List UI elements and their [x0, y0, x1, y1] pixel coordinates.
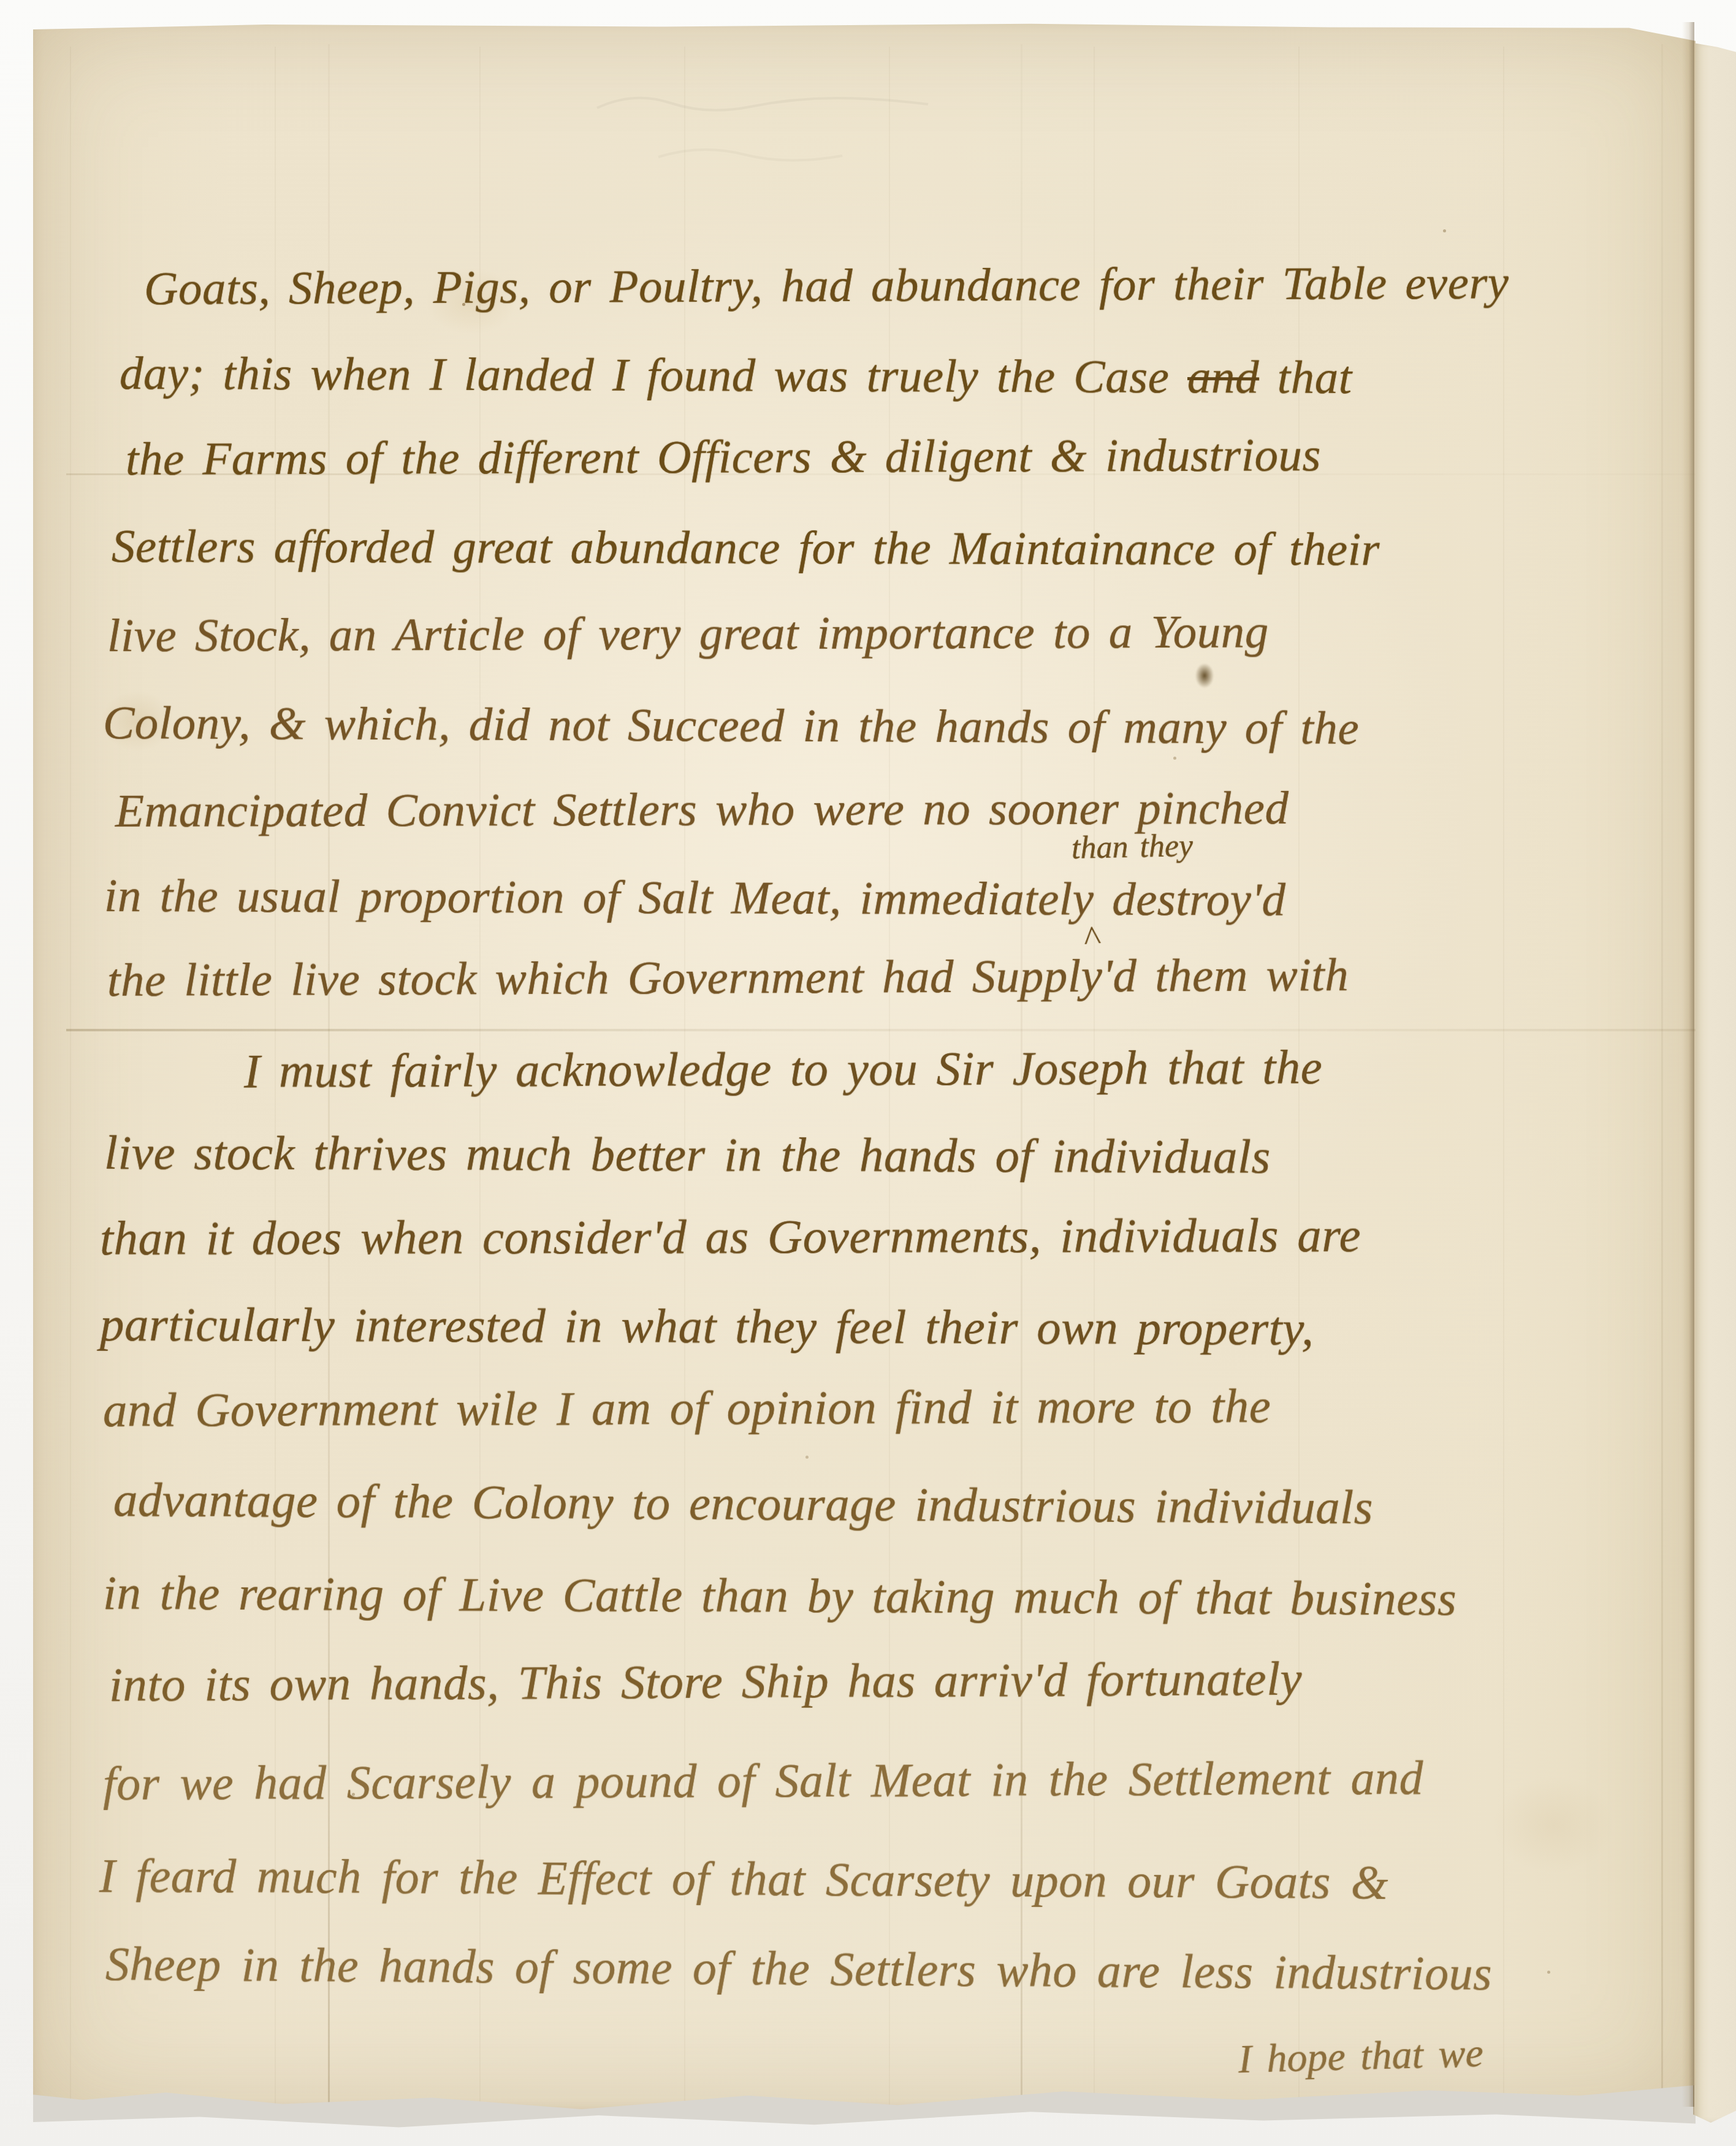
manuscript-line-paragraph-start: I must fairly acknowledge to you Sir Jos…: [244, 1042, 1323, 1099]
horizontal-fold-crease: [66, 1029, 1729, 1031]
scan-backdrop: Goats, Sheep, Pigs, or Poultry, had abun…: [0, 0, 1736, 2146]
manuscript-line: in the rearing of Live Cattle than by ta…: [103, 1567, 1457, 1627]
manuscript-line: Colony, & which, did not Succeed in the …: [103, 697, 1359, 754]
manuscript-line: into its own hands, This Store Ship has …: [109, 1653, 1303, 1713]
manuscript-line: Emancipated Convict Settlers who were no…: [115, 782, 1289, 837]
manuscript-line: Sheep in the hands of some of the Settle…: [105, 1938, 1493, 2000]
manuscript-line: I feard much for the Effect of that Scar…: [99, 1849, 1388, 1909]
insertion-caret: ^: [1083, 917, 1103, 960]
ink-blot-correction: [1195, 663, 1214, 688]
conjugate-leaf-edge: [1693, 43, 1736, 2123]
manuscript-line: live stock thrives much better in the ha…: [104, 1127, 1271, 1185]
faint-pencil-smudge: [585, 65, 1026, 206]
manuscript-line: live Stock, an Article of very great imp…: [107, 605, 1269, 661]
vertical-fold-crease: [1661, 44, 1663, 2129]
struck-out-word: and: [1187, 350, 1259, 403]
right-fold-shadow: [1682, 22, 1694, 2107]
manuscript-line: particularly interested in what they fee…: [100, 1299, 1314, 1356]
manuscript-line: day; this when I landed I found was true…: [120, 347, 1352, 403]
manuscript-line: advantage of the Colony to encourage ind…: [113, 1474, 1374, 1535]
manuscript-line: Goats, Sheep, Pigs, or Poultry, had abun…: [144, 256, 1509, 314]
manuscript-line: than it does when consider'd as Governme…: [100, 1210, 1361, 1266]
manuscript-line: the little live stock which Government h…: [107, 949, 1349, 1006]
manuscript-line: Settlers afforded great abundance for th…: [112, 520, 1380, 575]
manuscript-line: for we had Scarsely a pound of Salt Meat…: [103, 1752, 1423, 1810]
line-text-before-strike: day; this when I landed I found was true…: [120, 346, 1187, 403]
catchword: I hope that we: [1238, 2030, 1484, 2083]
manuscript-line: and Government wile I am of opinion find…: [103, 1380, 1271, 1438]
line-text-after-strike: that: [1259, 350, 1352, 403]
manuscript-line: in the usual proportion of Salt Meat, im…: [104, 869, 1286, 925]
interlinear-insertion: than they: [1071, 828, 1193, 866]
paper-stain: [1492, 1776, 1615, 1874]
manuscript-line: the Farms of the different Officers & di…: [126, 429, 1321, 484]
